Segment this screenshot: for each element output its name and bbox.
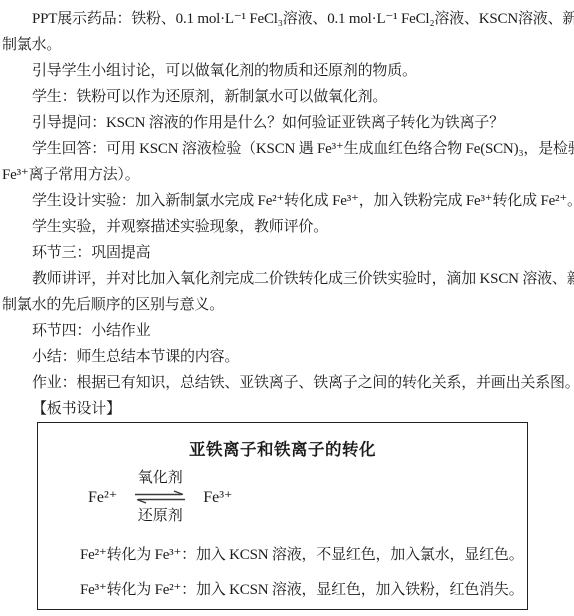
reductant-label: 还原剂 [138,506,183,526]
doc-line: 制氯水的先后顺序的区别与意义。 [2,292,570,318]
doc-line: 制氯水。 [2,32,570,58]
equilibrium-arrows-icon [133,490,187,504]
doc-line: 学生回答：可用 KSCN 溶液检验（KSCN 遇 Fe³⁺生成血红色络合物 Fe… [2,136,570,162]
board-notes: Fe²⁺转化为 Fe³⁺：加入 KCSN 溶液，不显红色，加入氯水，显红色。 F… [80,538,527,608]
doc-line: 教师讲评，并对比加入氧化剂完成二价铁转化成三价铁实验时，滴加 KSCN 溶液、新 [2,266,570,292]
doc-line: 学生：铁粉可以作为还原剂，新制氯水可以做氧化剂。 [2,84,570,110]
doc-line: 环节四：小结作业 [2,318,570,344]
doc-line: 学生设计实验：加入新制氯水完成 Fe²⁺转化成 Fe³⁺，加入铁粉完成 Fe³⁺… [2,188,570,214]
board-note: Fe²⁺转化为 Fe³⁺：加入 KCSN 溶液，不显红色，加入氯水，显红色。 [80,538,527,573]
board-title: 亚铁离子和铁离子的转化 [38,436,527,460]
doc-line: 学生实验，并观察描述实验现象，教师评价。 [2,214,570,240]
board-design-box: 亚铁离子和铁离子的转化 Fe²⁺ 氧化剂 还原剂 Fe³⁺ Fe²⁺转化为 Fe… [37,422,528,610]
doc-line: 引导学生小组讨论，可以做氧化剂的物质和还原剂的物质。 [2,58,570,84]
doc-line: 引导提问：KSCN 溶液的作用是什么？如何验证亚铁离子转化为铁离子？ [2,110,570,136]
fe2-ion-label: Fe²⁺ [88,487,117,507]
doc-line: Fe³⁺离子常用方法）。 [2,162,570,188]
lesson-plan-document: PPT展示药品：铁粉、0.1 mol·L⁻¹ FeCl₃溶液、0.1 mol·L… [0,0,574,610]
oxidant-label: 氧化剂 [138,468,183,488]
board-design-heading: 【板书设计】 [2,396,570,422]
equilibrium-arrow-stack: 氧化剂 还原剂 [133,468,187,526]
doc-line: 小结：师生总结本节课的内容。 [2,344,570,370]
doc-line: 作业：根据已有知识，总结铁、亚铁离子、铁离子之间的转化关系，并画出关系图。 [2,370,570,396]
fe3-ion-label: Fe³⁺ [203,487,232,507]
doc-line: PPT展示药品：铁粉、0.1 mol·L⁻¹ FeCl₃溶液、0.1 mol·L… [2,6,570,32]
board-note: Fe³⁺转化为 Fe²⁺：加入 KCSN 溶液，显红色，加入铁粉，红色消失。 [80,573,527,608]
equilibrium-diagram: Fe²⁺ 氧化剂 还原剂 Fe³⁺ [88,468,233,526]
doc-line: 环节三：巩固提高 [2,240,570,266]
